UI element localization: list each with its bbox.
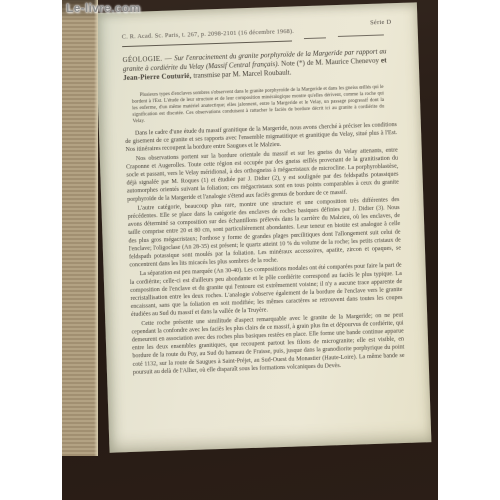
- page-content: C. R. Acad. Sc. Paris, t. 267, p. 2098-2…: [95, 2, 431, 452]
- abstract-text: Plusieurs types d'enclaves sombres s'obs…: [132, 83, 385, 124]
- presented-by: transmise par M. Marcel Roubault.: [193, 69, 291, 80]
- body-paragraph: Cette roche présente une similitude d'as…: [131, 310, 405, 376]
- series-label: Série D: [370, 18, 392, 27]
- note-intro: Note (*) de M. Maurice Chenevoy: [281, 57, 381, 68]
- body-paragraph: La séparation est peu marquée (An 30-40)…: [130, 261, 403, 319]
- scanned-page: C. R. Acad. Sc. Paris, t. 267, p. 2098-2…: [95, 2, 431, 452]
- section-label: GÉOLOGIE. —: [122, 55, 174, 64]
- watermark-le-livre: Le-livre.com: [66, 1, 140, 15]
- header-rule-dash: [304, 37, 326, 39]
- body-paragraph: L'autre catégorie, beaucoup plus rare, m…: [127, 195, 401, 269]
- body-paragraph: Nos observations portent sur la bordure …: [126, 145, 399, 203]
- book-photo: C. R. Acad. Sc. Paris, t. 267, p. 2098-2…: [62, 0, 438, 500]
- article-body: Dans le cadre d'une étude du massif gran…: [125, 120, 406, 417]
- journal-citation: C. R. Acad. Sc. Paris, t. 267, p. 2098-2…: [122, 27, 294, 40]
- book-page-edges: [62, 0, 98, 456]
